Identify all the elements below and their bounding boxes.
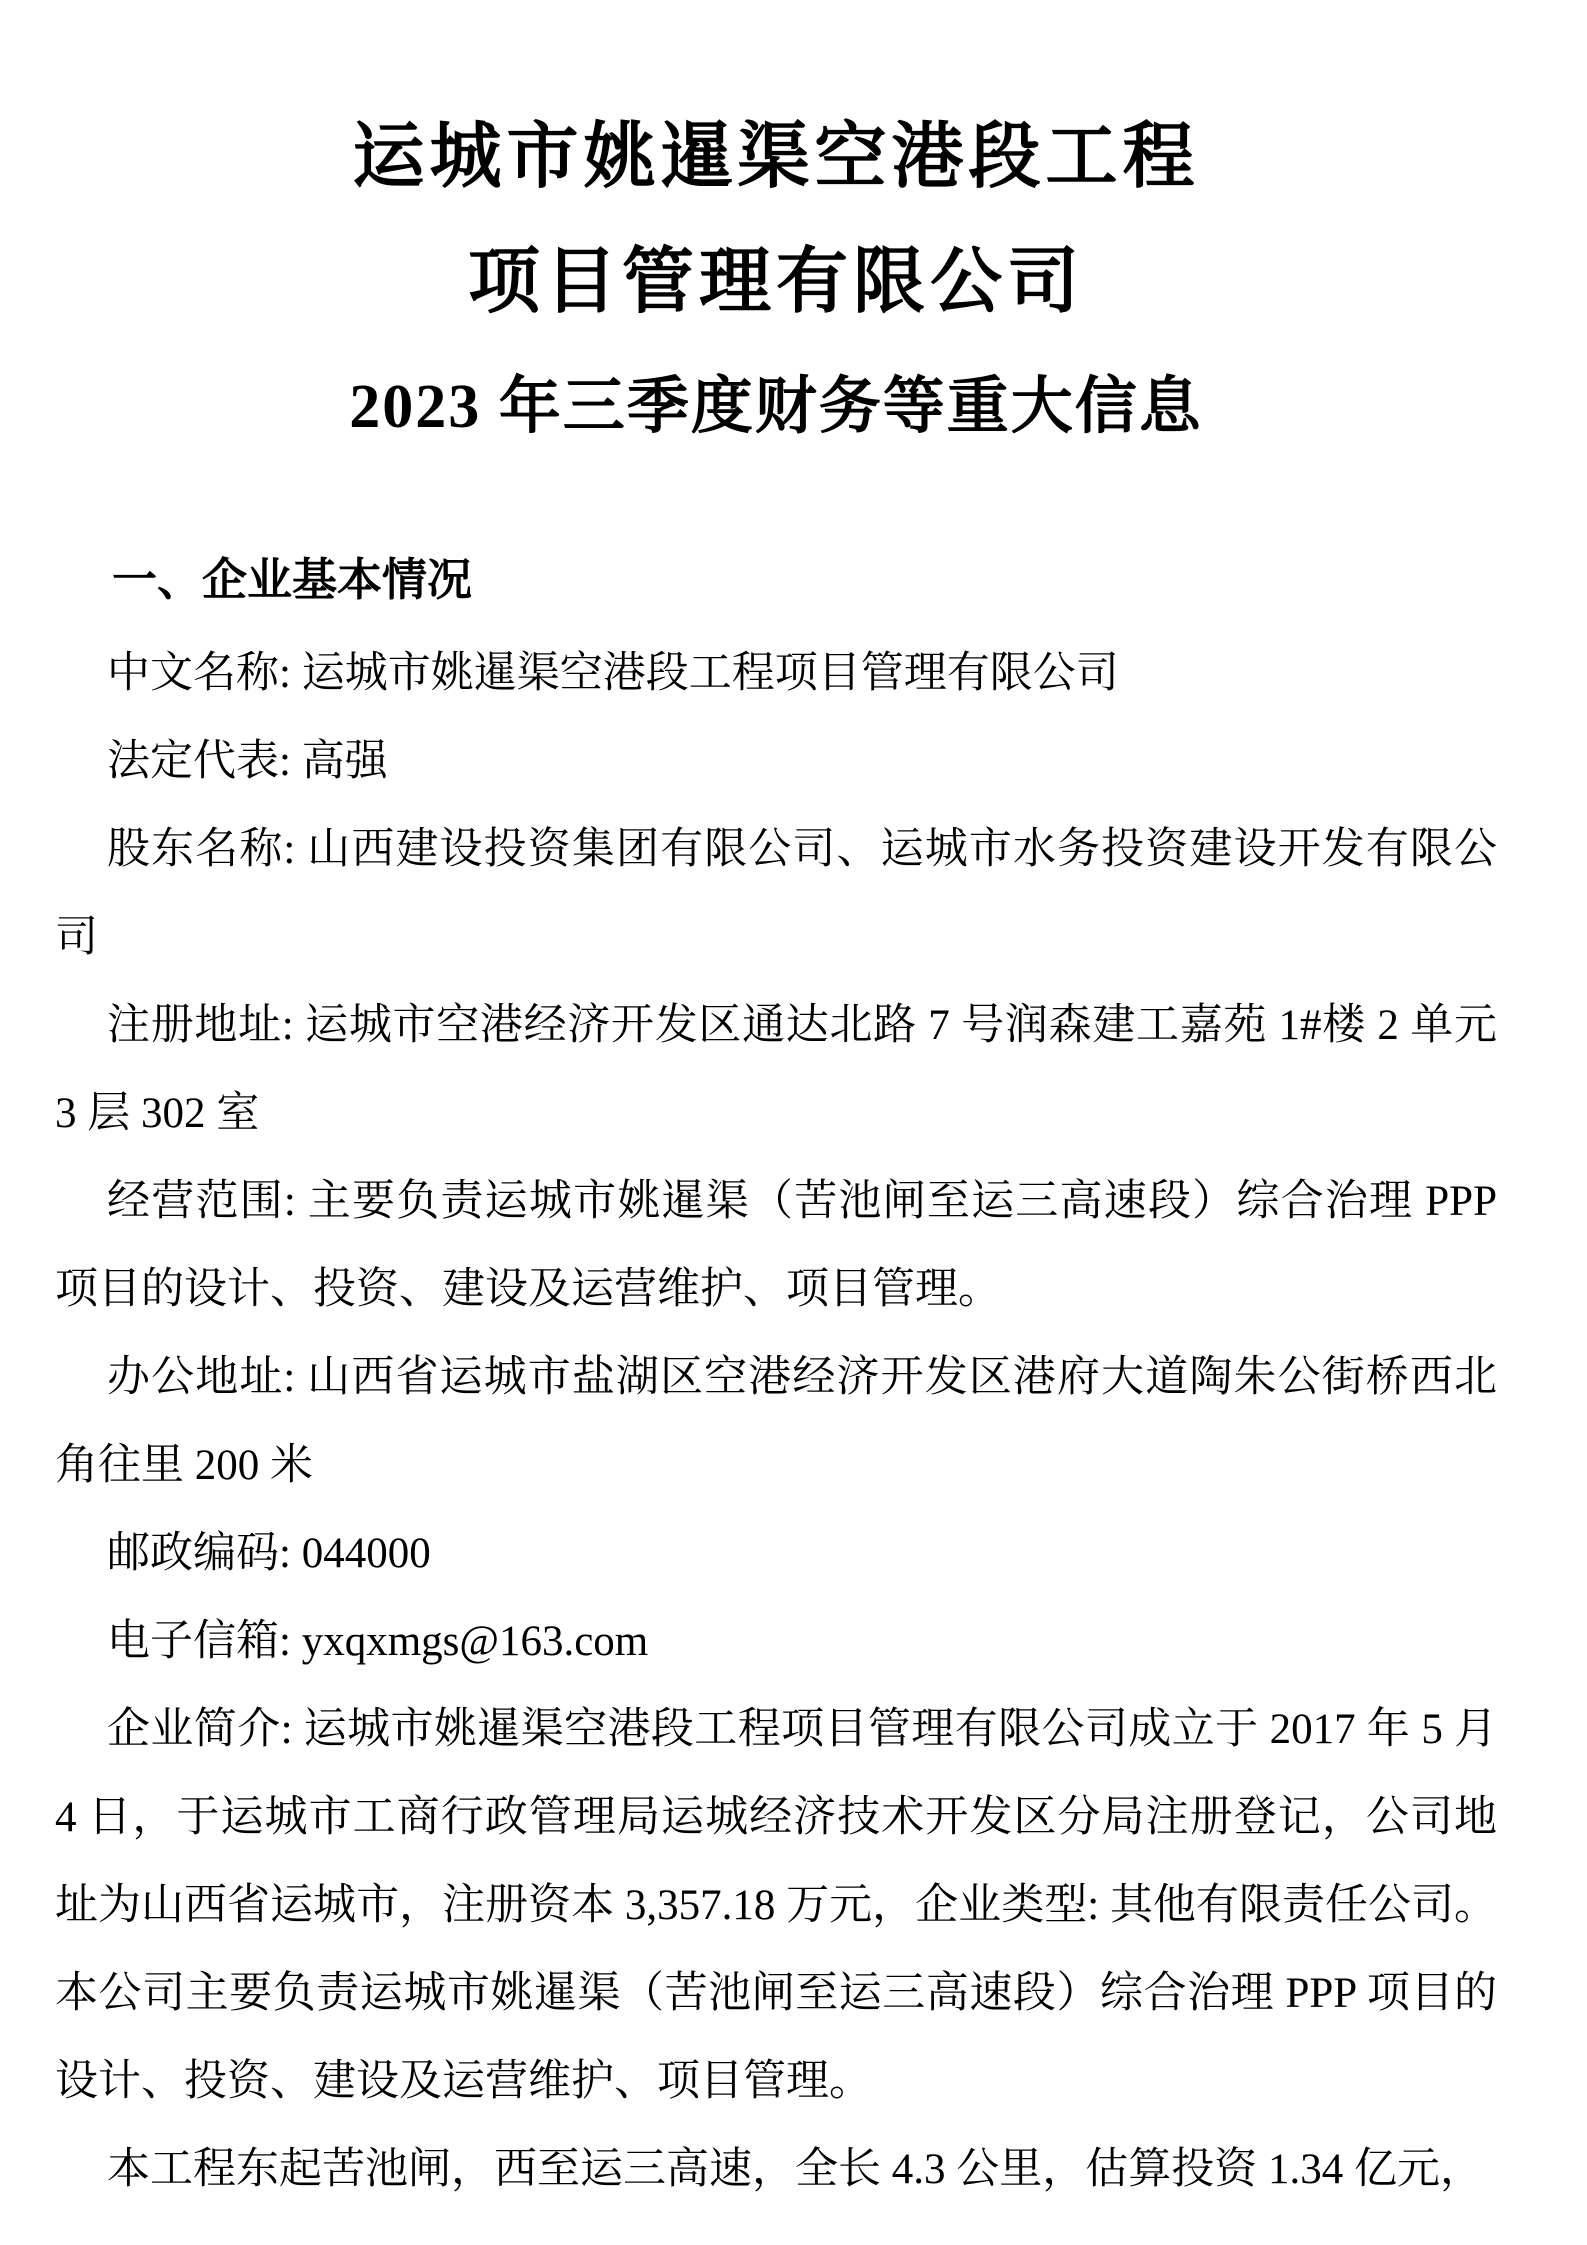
section-heading-basic-info: 一、企业基本情况 (112, 555, 1497, 605)
title-line-2: 项目管理有限公司 (55, 220, 1497, 345)
document-body: 中文名称: 运城市姚暹渠空港段工程项目管理有限公司 法定代表: 高强 股东名称:… (55, 630, 1497, 2214)
paragraph-project-overview: 本工程东起苦池闸，西至运三高速，全长 4.3 公里，估算投资 1.34 亿元， (55, 2126, 1497, 2214)
paragraph-registered-address: 注册地址: 运城市空港经济开发区通达北路 7 号润森建工嘉苑 1#楼 2 单元 … (55, 982, 1497, 1158)
paragraph-email: 电子信箱: yxqxmgs@163.com (55, 1598, 1497, 1686)
paragraph-shareholders: 股东名称: 山西建设投资集团有限公司、运城市水务投资建设开发有限公司 (55, 806, 1497, 982)
document-title-block: 运城市姚暹渠空港段工程 项目管理有限公司 2023 年三季度财务等重大信息 (55, 95, 1497, 470)
document-page: 运城市姚暹渠空港段工程 项目管理有限公司 2023 年三季度财务等重大信息 一、… (0, 0, 1587, 2245)
title-line-3: 2023 年三季度财务等重大信息 (55, 345, 1497, 470)
paragraph-chinese-name: 中文名称: 运城市姚暹渠空港段工程项目管理有限公司 (55, 630, 1497, 718)
paragraph-postal-code: 邮政编码: 044000 (55, 1510, 1497, 1598)
paragraph-business-scope: 经营范围: 主要负责运城市姚暹渠（苦池闸至运三高速段）综合治理 PPP 项目的设… (55, 1158, 1497, 1334)
paragraph-office-address: 办公地址: 山西省运城市盐湖区空港经济开发区港府大道陶朱公街桥西北角往里 200… (55, 1334, 1497, 1510)
paragraph-company-profile: 企业简介: 运城市姚暹渠空港段工程项目管理有限公司成立于 2017 年 5 月 … (55, 1686, 1497, 2126)
paragraph-legal-representative: 法定代表: 高强 (55, 718, 1497, 806)
title-line-1: 运城市姚暹渠空港段工程 (55, 95, 1497, 220)
